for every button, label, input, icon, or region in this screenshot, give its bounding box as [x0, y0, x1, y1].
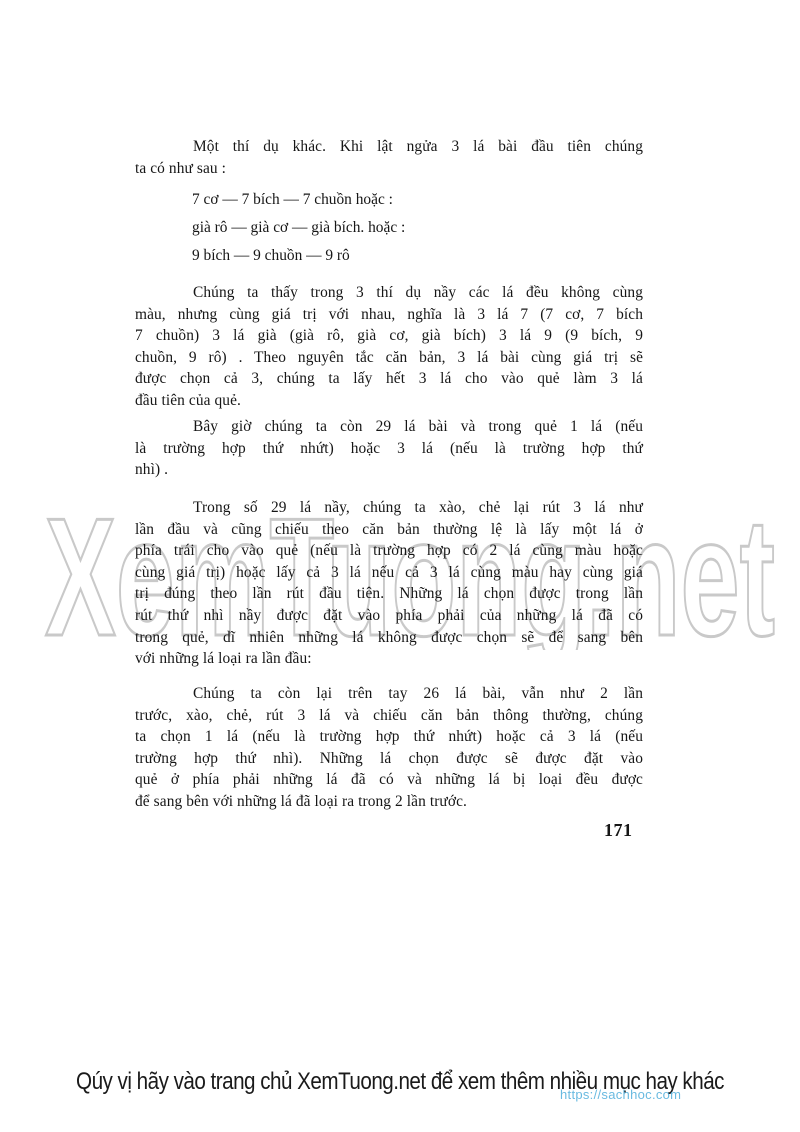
text-line: chuồn, 9 rô) . Theo nguyên tắc căn bản, …: [77, 347, 643, 369]
text-line: quẻ ở phía phải những lá đã có và những …: [77, 769, 643, 791]
text-line: Chúng ta còn lại trên tay 26 lá bài, vẫn…: [135, 683, 643, 705]
text-line: được chọn cả 3, chúng ta lấy hết 3 lá ch…: [77, 368, 643, 390]
text-line: cùng giá trị) hoặc lấy cả 3 lá nếu cả 3 …: [77, 562, 643, 584]
scanned-book-page: Một thí dụ khác. Khi lật ngửa 3 lá bài đ…: [0, 0, 800, 1132]
text-line: trị đúng theo lần rút đầu tiên. Những lá…: [77, 583, 643, 605]
text-line: lần đầu và cũng chiếu theo căn bản thườn…: [77, 519, 643, 541]
example-line: già rô — già cơ — già bích. hoặc :: [192, 214, 405, 242]
text-line: trường hợp thứ nhì). Những lá chọn được …: [77, 748, 643, 770]
text-line: 7 chuồn) 3 lá già (già rô, già cơ, già b…: [77, 325, 643, 347]
text-line: Một thí dụ khác. Khi lật ngửa 3 lá bài đ…: [135, 136, 643, 158]
text-line: ta chọn 1 lá (nếu là trường hợp thứ nhứt…: [77, 726, 643, 748]
example-line: 7 cơ — 7 bích — 7 chuồn hoặc :: [192, 186, 405, 214]
text-line: rút thứ nhì nầy được đặt vào phía phải c…: [77, 605, 643, 627]
text-line: Chúng ta thấy trong 3 thí dụ nầy các lá …: [135, 282, 643, 304]
card-examples-list: 7 cơ — 7 bích — 7 chuồn hoặc : già rô — …: [192, 186, 405, 270]
example-line: 9 bích — 9 chuồn — 9 rô: [192, 242, 405, 270]
text-line: để sang bên với những lá đã loại ra tron…: [77, 791, 643, 813]
text-line: phía trái cho vào quẻ (nếu là trường hợp…: [77, 540, 643, 562]
paragraph-4: Chúng ta còn lại trên tay 26 lá bài, vẫn…: [135, 683, 643, 813]
text-line: trước, xào, chẻ, rút 3 lá và chiếu căn b…: [77, 705, 643, 727]
text-line: trong quẻ, dĩ nhiên những lá không được …: [77, 627, 643, 649]
text-line: nhì) .: [77, 459, 643, 481]
paragraph-2: Bây giờ chúng ta còn 29 lá bài và trong …: [135, 416, 643, 481]
text-line: Bây giờ chúng ta còn 29 lá bài và trong …: [135, 416, 643, 438]
text-line: ta có như sau :: [77, 158, 643, 180]
text-line: Trong số 29 lá nầy, chúng ta xào, chẻ lạ…: [135, 497, 643, 519]
page-number: 171: [604, 820, 633, 841]
text-line: màu, nhưng cùng giá trị với nhau, nghĩa …: [77, 304, 643, 326]
paragraph-1: Chúng ta thấy trong 3 thí dụ nầy các lá …: [135, 282, 643, 412]
paragraph-3: Trong số 29 lá nầy, chúng ta xào, chẻ lạ…: [135, 497, 643, 670]
text-line: đầu tiên của quẻ.: [77, 390, 643, 412]
text-line: với những lá loại ra lần đầu:: [77, 648, 643, 670]
intro-paragraph: Một thí dụ khác. Khi lật ngửa 3 lá bài đ…: [135, 136, 643, 179]
text-line: là trường hợp thứ nhứt) hoặc 3 lá (nếu l…: [77, 438, 643, 460]
footer-overlay-link[interactable]: https://sachhoc.com: [560, 1087, 681, 1102]
